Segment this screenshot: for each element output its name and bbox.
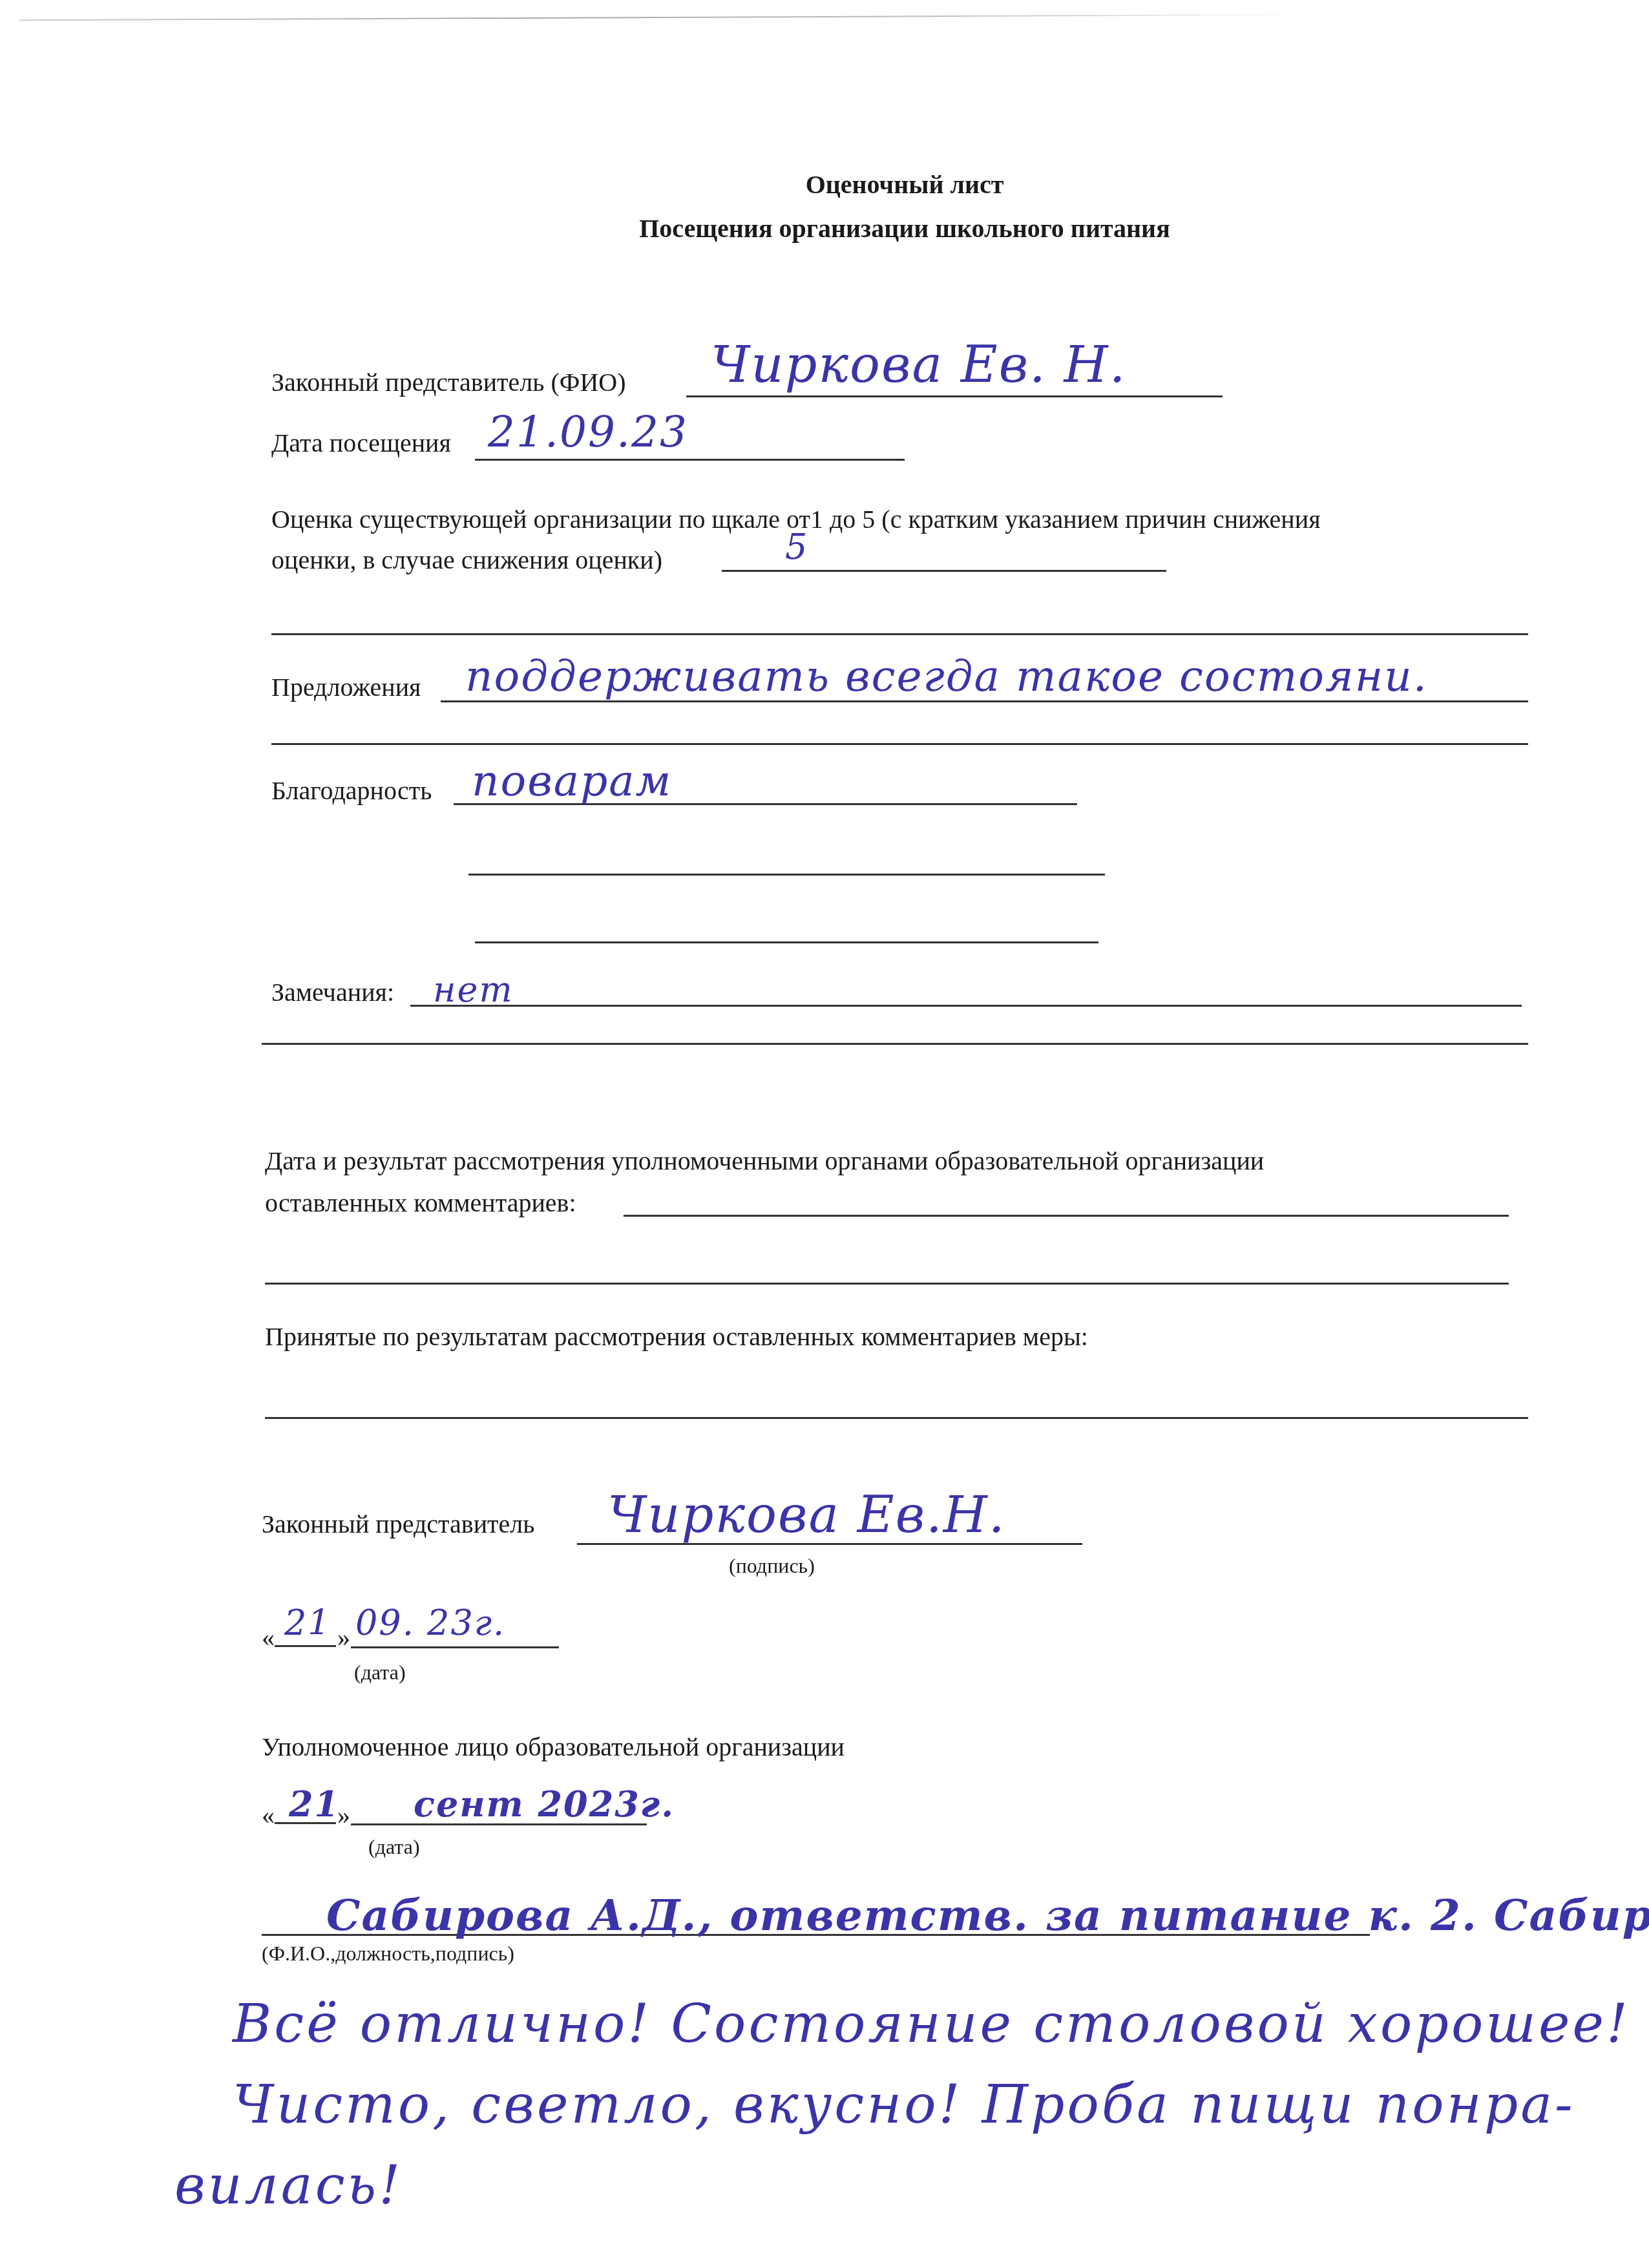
visit-date-value[interactable]: 21.09.23	[488, 407, 688, 457]
rating-underline	[722, 570, 1166, 572]
review-result-label-line1: Дата и результат рассмотрения уполномоче…	[265, 1146, 1264, 1176]
remarks-underline	[410, 1005, 1522, 1007]
authorized-signature-caption: (Ф.И.О.,должность,подпись)	[262, 1942, 514, 1966]
handwritten-note-line-1: Всё отлично! Состояние столовой хорошее!	[233, 1993, 1630, 2055]
visit-date-label: Дата посещения	[271, 428, 451, 458]
representative-signature-caption: (подпись)	[729, 1554, 815, 1578]
rating-label-line2: оценки, в случае снижения оценки)	[271, 545, 662, 575]
authorized-date-rest[interactable]: сент 2023г.	[414, 1783, 675, 1825]
rating-value[interactable]: 5	[785, 527, 808, 567]
representative-date-day[interactable]: 21	[284, 1602, 331, 1643]
representative-underline	[686, 395, 1223, 397]
authorized-date-open-quote: «	[262, 1800, 275, 1830]
remarks-label: Замечания:	[271, 977, 394, 1007]
authorized-date-day[interactable]: 21	[289, 1783, 340, 1825]
review-result-extra-line	[265, 1283, 1509, 1285]
document-title: Оценочный лист	[452, 169, 1357, 200]
visit-date-underline	[475, 459, 905, 461]
handwritten-note-line-2: Чисто, светло, вкусно! Проба пищи понра-	[233, 2074, 1575, 2136]
document-subtitle: Посещения организации школьного питания	[452, 213, 1357, 244]
representative-date-underline	[351, 1646, 559, 1648]
representative-date-day-underline	[275, 1645, 336, 1647]
suggestions-value[interactable]: поддерживать всегда такое состояни.	[465, 651, 1428, 701]
representative-signature-label: Законный представитель	[262, 1509, 534, 1539]
remarks-value[interactable]: нет	[433, 969, 514, 1010]
measures-underline	[265, 1417, 1528, 1419]
rating-extra-line	[271, 633, 1528, 635]
review-result-label-line2: оставленных комментариев:	[265, 1188, 576, 1218]
measures-label: Принятые по результатам рассмотрения ост…	[265, 1321, 1088, 1352]
representative-value[interactable]: Чиркова Ев. Н.	[711, 336, 1126, 394]
suggestions-label: Предложения	[271, 672, 421, 702]
suggestions-extra-line	[271, 743, 1528, 745]
gratitude-label: Благодарность	[271, 775, 432, 806]
handwritten-note-line-3: вилась!	[174, 2155, 403, 2216]
authorized-date-caption: (дата)	[368, 1835, 420, 1859]
scan-edge	[19, 14, 1299, 21]
authorized-signature[interactable]: Сабирова А.Д., ответств. за питание к. 2…	[326, 1890, 1649, 1940]
representative-date-rest[interactable]: 09. 23г.	[355, 1602, 505, 1643]
remarks-extra-line	[262, 1043, 1528, 1045]
review-result-underline	[624, 1215, 1509, 1217]
authorized-person-label: Уполномоченное лицо образовательной орга…	[262, 1732, 845, 1762]
representative-label: Законный представитель (ФИО)	[271, 367, 626, 397]
representative-date-close-quote: »	[337, 1622, 350, 1652]
gratitude-value[interactable]: поварам	[472, 756, 672, 806]
representative-date-caption: (дата)	[354, 1661, 406, 1685]
authorized-date-close-quote: »	[337, 1800, 350, 1830]
gratitude-extra-line-1	[468, 874, 1105, 876]
gratitude-extra-line-2	[475, 941, 1098, 943]
representative-date-open-quote: «	[262, 1622, 275, 1652]
representative-signature[interactable]: Чиркова Ев.Н.	[607, 1486, 1006, 1544]
